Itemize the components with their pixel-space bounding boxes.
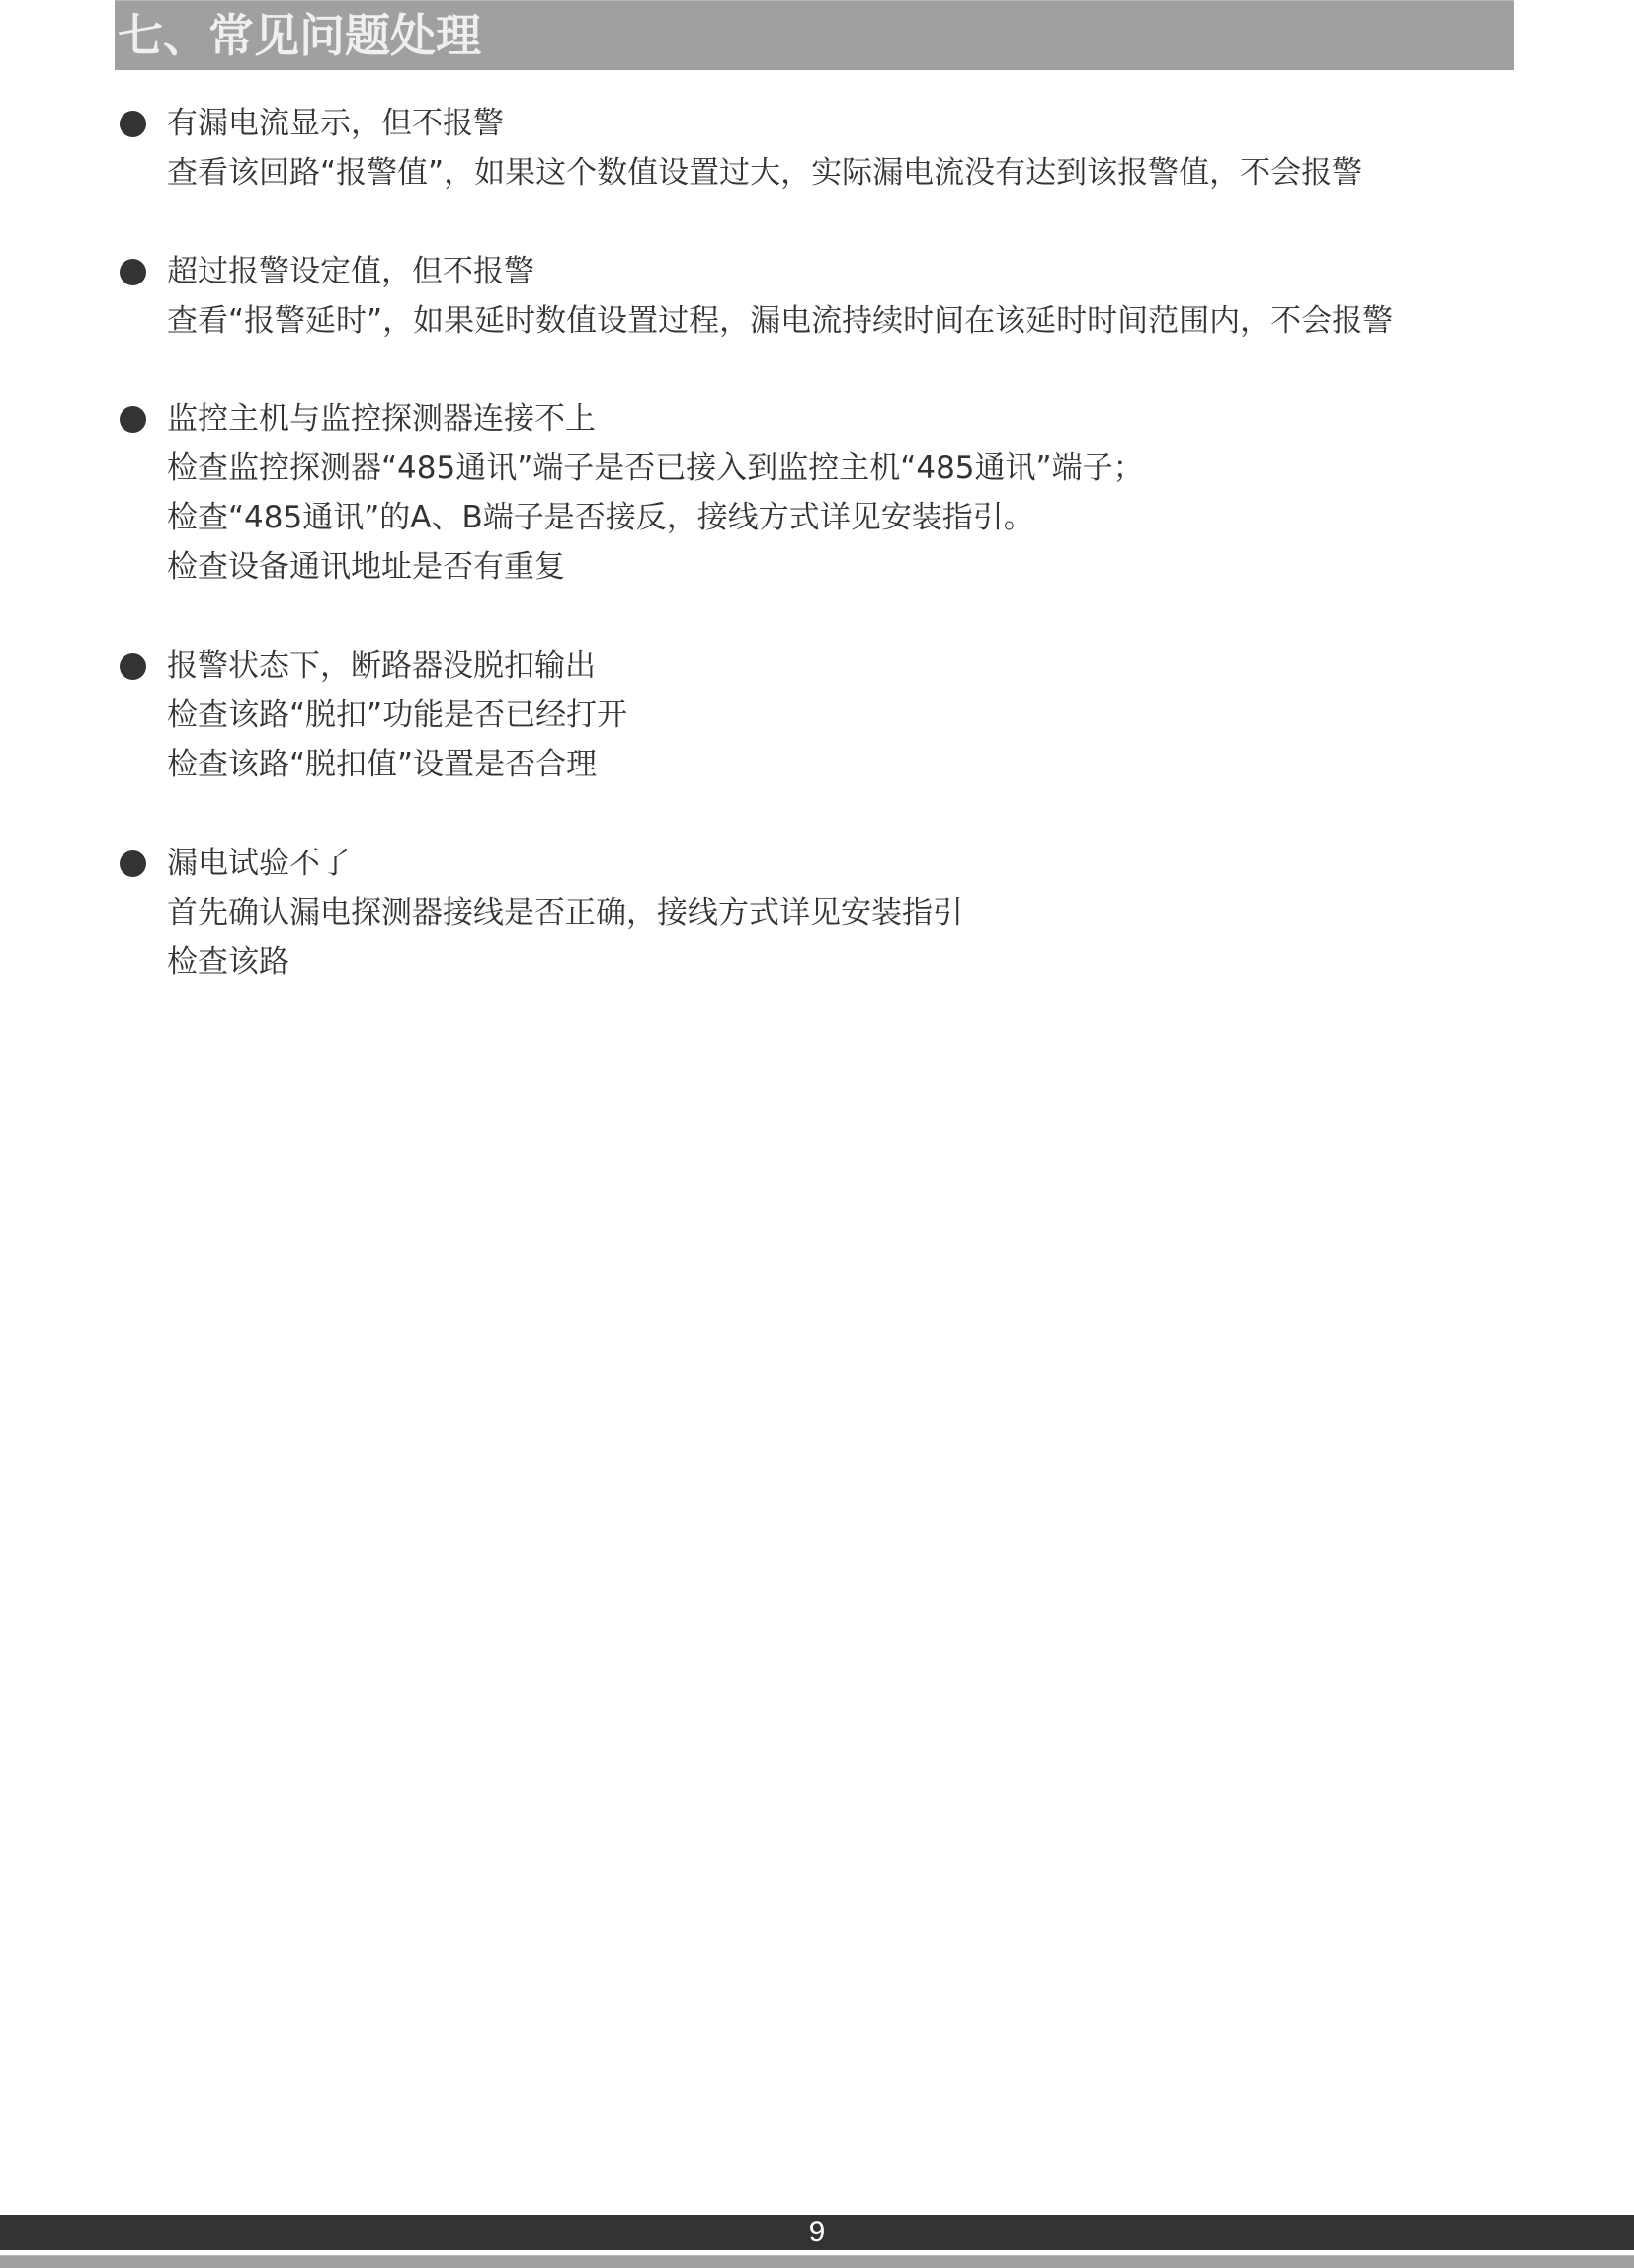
faq-answer: 检查该路 [167,942,289,982]
faq-answer: 首先确认漏电探测器接线是否正确，接线方式详见安装指引 [167,893,963,932]
bullet-icon [120,111,146,137]
faq-answer: 检查监控探测器“485通讯”端子是否已接入到监控主机“485通讯”端子； [167,448,1144,488]
bullet-icon [120,850,146,877]
faq-answer: 检查该路“脱扣值”设置是否合理 [167,745,597,784]
footer-stripe [0,2255,1634,2268]
bullet-icon [120,259,146,285]
faq-answer: 查看“报警延时”，如果延时数值设置过程，漏电流持续时间在该延时时间范围内，不会报… [167,301,1393,341]
faq-answer: 检查设备通讯地址是否有重复 [167,547,565,587]
section-header-bar: 七、常见问题处理 [115,0,1514,70]
faq-answer: 查看该回路“报警值”，如果这个数值设置过大，实际漏电流没有达到该报警值，不会报警 [167,153,1362,193]
faq-question: 监控主机与监控探测器连接不上 [167,399,596,439]
bullet-icon [120,406,146,433]
faq-question: 报警状态下，断路器没脱扣输出 [167,646,596,686]
faq-question: 有漏电流显示，但不报警 [167,104,504,143]
faq-question: 超过报警设定值，但不报警 [167,252,534,291]
faq-question: 漏电试验不了 [167,844,351,883]
footer-bar: 9 [0,2215,1634,2250]
section-title: 七、常见问题处理 [118,6,481,65]
faq-answer: 检查该路“脱扣”功能是否已经打开 [167,695,627,735]
page-number: 9 [0,2215,1634,2250]
bullet-icon [120,653,146,680]
faq-answer: 检查“485通讯”的A、B端子是否接反，接线方式详见安装指引。 [167,498,1034,537]
